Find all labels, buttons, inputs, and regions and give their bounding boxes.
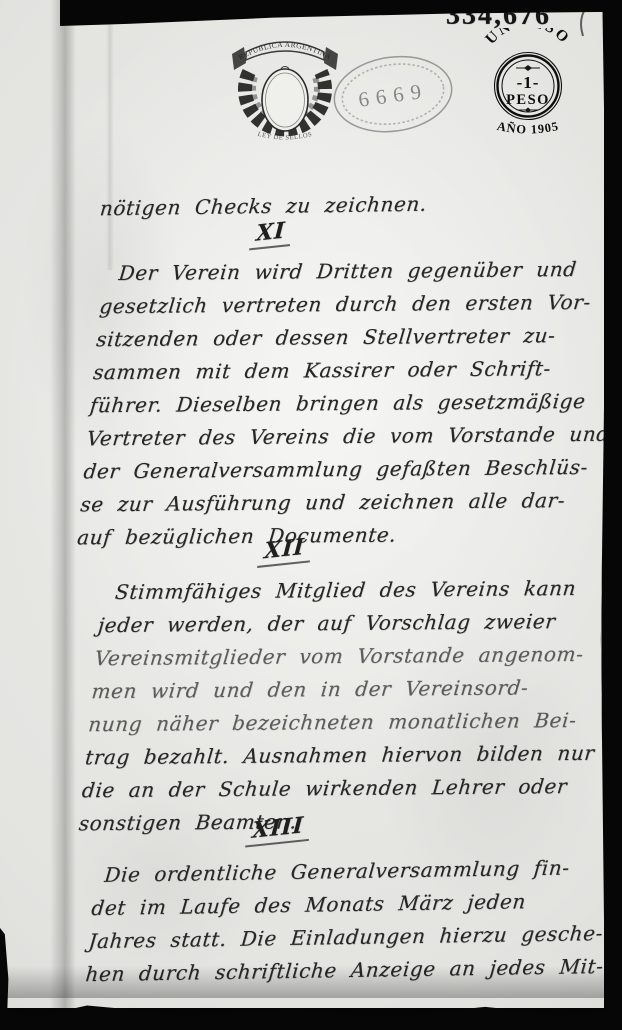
section-heading-xi: XI xyxy=(249,217,292,251)
manuscript-line: Vereinsmitglieder vom Vorstande angenom- xyxy=(93,638,606,675)
svg-text:UN PESO: UN PESO xyxy=(482,28,574,48)
control-number-text: 6669 xyxy=(357,78,430,112)
svg-text:LEY DE SELLOS: LEY DE SELLOS xyxy=(257,131,313,142)
revenue-stamp-icon: UN PESO -1- PESO AÑO 1905 xyxy=(477,28,579,144)
section-heading-xii: XII xyxy=(257,533,311,568)
manuscript-line: men wird und den in der Vereinsord- xyxy=(90,671,603,708)
manuscript-line: jeder werden, der auf Vorschlag zweier xyxy=(96,605,609,642)
manuscript-line: gesetzlich vertreten durch den ersten Vo… xyxy=(98,286,622,324)
revenue-stamp-unit: PESO xyxy=(506,92,550,108)
paper-crease xyxy=(106,0,114,270)
control-number-stamp-icon: 6669 xyxy=(324,42,463,147)
seal-bottom-text: LEY DE SELLOS xyxy=(257,131,313,142)
manuscript-line: sonstigen Beamten. xyxy=(77,803,590,840)
ornament-divider-bottom xyxy=(518,108,538,113)
manuscript-line: nung näher bezeichneten monatlichen Bei- xyxy=(87,704,600,741)
seal-shield-oval xyxy=(262,69,308,131)
revenue-stamp-year: AÑO 1905 xyxy=(496,119,560,137)
manuscript-line: auf bezüglichen Documente. xyxy=(76,517,602,555)
manuscript-line: Der Verein wird Dritten gegenüber und xyxy=(101,253,622,291)
page-fold-crease xyxy=(50,0,76,1008)
revenue-stamp-value: -1- xyxy=(517,73,540,92)
manuscript-line: se zur Ausführung und zeichnen alle dar- xyxy=(79,484,605,522)
manuscript-line: trag bezahlt. Ausnahmen hiervon bilden n… xyxy=(84,737,597,774)
manuscript-line: der Generalversammlung gefaßten Beschlüs… xyxy=(82,451,608,489)
manuscript-line: führer. Dieselben bringen als gesetzmäßi… xyxy=(88,385,614,423)
revenue-stamp-arc-text: UN PESO xyxy=(482,28,574,48)
manuscript-line: sitzenden oder dessen Stellvertreter zu- xyxy=(95,319,621,357)
ornament-divider-top xyxy=(516,65,540,71)
coat-of-arms-seal-icon: REPUBLICA ARGENTINA LEY DE SELLOS xyxy=(224,26,346,154)
svg-text:AÑO 1905: AÑO 1905 xyxy=(496,119,560,137)
manuscript-line: sammen mit dem Kassirer oder Schrift- xyxy=(92,352,618,390)
manuscript-paragraph-xii: Stimmfähiges Mitglied des Vereins kann j… xyxy=(77,572,612,841)
manuscript-line: Stimmfähiges Mitglied des Vereins kann xyxy=(100,572,613,609)
page-bottom-shadow xyxy=(0,966,622,998)
manuscript-intro-line: nötigen Checks zu zeichnen. xyxy=(99,192,428,221)
manuscript-paragraph-xi: Der Verein wird Dritten gegenüber und ge… xyxy=(76,253,622,555)
manuscript-line: Vertreter des Vereins die vom Vorstande … xyxy=(85,418,611,456)
scanned-document-page: 334,676 REPUBLICA ARGENTINA LEY DE SELLO… xyxy=(0,0,622,1030)
manuscript-line: die an der Schule wirkenden Lehrer oder xyxy=(80,770,593,807)
